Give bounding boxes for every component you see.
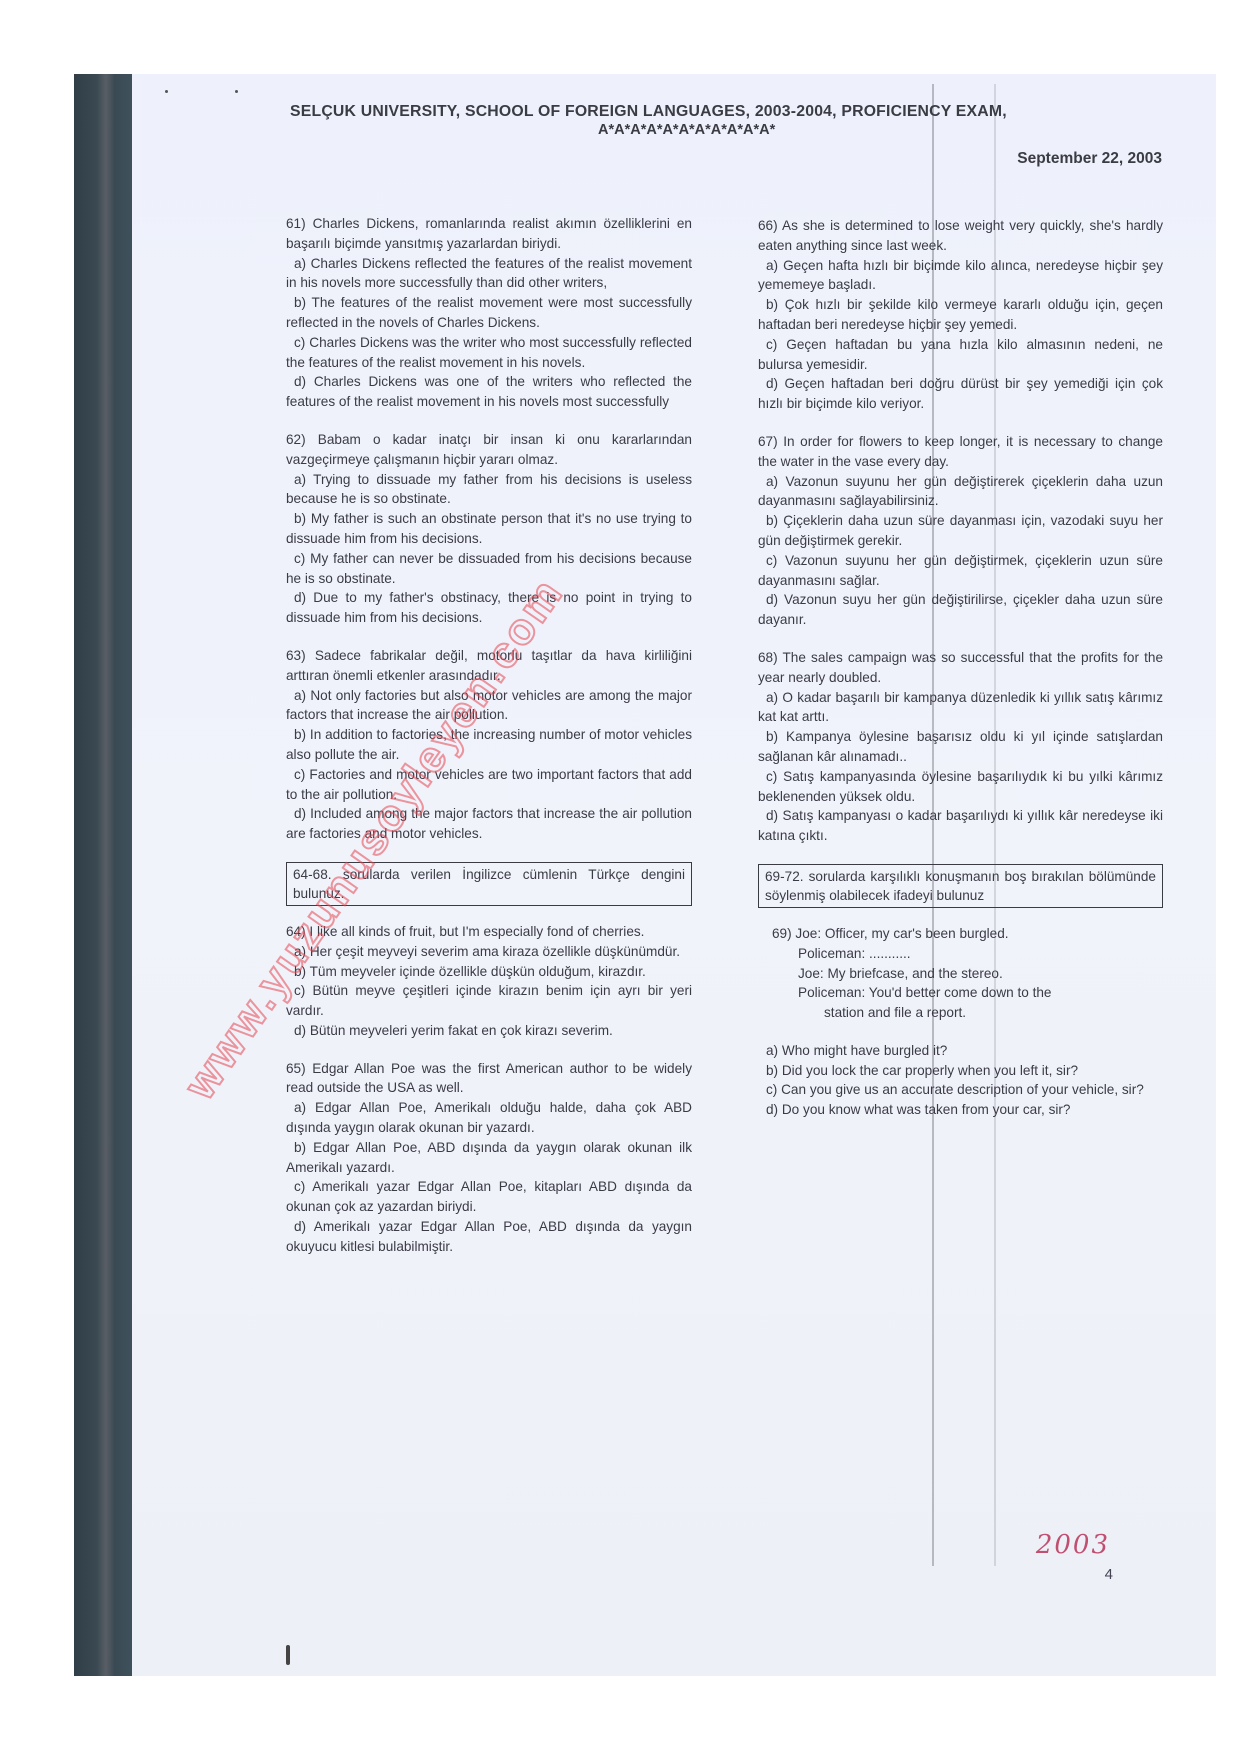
option-b: b) In addition to factories, the increas… (286, 725, 692, 765)
dialog-line: Policeman: You'd better come down to the (772, 983, 1163, 1003)
dialog-line: Policeman: ........... (772, 944, 1163, 964)
option-c: c) Vazonun suyunu her gün değiştirmek, ç… (758, 551, 1163, 591)
question-stem: 61) Charles Dickens, romanlarında realis… (286, 214, 692, 254)
option-c: c) Charles Dickens was the writer who mo… (286, 333, 692, 373)
question-69: 69) Joe: Officer, my car's been burgled.… (758, 924, 1163, 1120)
option-c: c) Bütün meyve çeşitleri içinde kirazın … (286, 981, 692, 1021)
option-c: c) Geçen haftadan bu yana hızla kilo alm… (758, 335, 1163, 375)
exam-date: September 22, 2003 (1017, 150, 1162, 168)
option-a: a) Edgar Allan Poe, Amerikalı olduğu hal… (286, 1098, 692, 1138)
option-c: c) Amerikalı yazar Edgar Allan Poe, kita… (286, 1177, 692, 1217)
option-a: a) Charles Dickens reflected the feature… (286, 254, 692, 294)
option-d: d) Do you know what was taken from your … (758, 1100, 1163, 1120)
option-b: b) Edgar Allan Poe, ABD dışında da yaygı… (286, 1138, 692, 1178)
question-65: 65) Edgar Allan Poe was the first Americ… (286, 1059, 692, 1257)
option-d: d) Bütün meyveleri yerim fakat en çok ki… (286, 1021, 692, 1041)
option-b: b) Tüm meyveler içinde özellikle düşkün … (286, 962, 692, 982)
option-a: a) Not only factories but also motor veh… (286, 686, 692, 726)
question-stem: 68) The sales campaign was so successful… (758, 648, 1163, 688)
scan-mark (286, 1645, 290, 1665)
question-68: 68) The sales campaign was so successful… (758, 648, 1163, 846)
question-stem: 65) Edgar Allan Poe was the first Americ… (286, 1059, 692, 1099)
question-stem: 63) Sadece fabrikalar değil, motorlu taş… (286, 646, 692, 686)
question-62: 62) Babam o kadar inatçı bir insan ki on… (286, 430, 692, 628)
option-d: d) Included among the major factors that… (286, 804, 692, 844)
option-c: c) Can you give us an accurate descripti… (758, 1080, 1163, 1100)
option-d: d) Charles Dickens was one of the writer… (286, 372, 692, 412)
scanner-edge-shadow (74, 74, 132, 1676)
option-b: b) Çok hızlı bir şekilde kilo vermeye ka… (758, 295, 1163, 335)
right-column: 66) As she is determined to lose weight … (758, 216, 1163, 1138)
handwritten-note: 2003 (1036, 1530, 1110, 1560)
option-a: a) Her çeşit meyveyi severim ama kiraza … (286, 942, 692, 962)
option-a: a) Who might have burgled it? (758, 1041, 1163, 1061)
question-61: 61) Charles Dickens, romanlarında realis… (286, 214, 692, 412)
option-d: d) Vazonun suyu her gün değiştirilirse, … (758, 590, 1163, 630)
option-a: a) Vazonun suyunu her gün değiştirerek ç… (758, 472, 1163, 512)
option-d: d) Due to my father's obstinacy, there i… (286, 588, 692, 628)
question-64: 64) I like all kinds of fruit, but I'm e… (286, 922, 692, 1041)
option-b: b) Did you lock the car properly when yo… (758, 1061, 1163, 1081)
option-d: d) Satış kampanyası o kadar başarılıydı … (758, 806, 1163, 846)
option-b: b) The features of the realist movement … (286, 293, 692, 333)
scan-speck (235, 90, 238, 93)
option-d: d) Amerikalı yazar Edgar Allan Poe, ABD … (286, 1217, 692, 1257)
page-number: 4 (1105, 1566, 1113, 1583)
option-b: b) Kampanya öylesine başarısız oldu ki y… (758, 727, 1163, 767)
option-b: b) Çiçeklerin daha uzun süre dayanması i… (758, 511, 1163, 551)
question-stem: 62) Babam o kadar inatçı bir insan ki on… (286, 430, 692, 470)
dialog-line: station and file a report. (772, 1003, 1163, 1023)
question-63: 63) Sadece fabrikalar değil, motorlu taş… (286, 646, 692, 844)
question-stem: 64) I like all kinds of fruit, but I'm e… (286, 922, 692, 942)
option-c: c) Factories and motor vehicles are two … (286, 765, 692, 805)
dialog-line: 69) Joe: Officer, my car's been burgled. (772, 924, 1163, 944)
exam-title: SELÇUK UNIVERSITY, SCHOOL OF FOREIGN LAN… (290, 103, 1007, 121)
option-a: a) Geçen hafta hızlı bir biçimde kilo al… (758, 256, 1163, 296)
question-stem: 67) In order for flowers to keep longer,… (758, 432, 1163, 472)
booklet-code: A*A*A*A*A*A*A*A*A*A*A* (598, 122, 775, 138)
option-d: d) Geçen haftadan beri doğru dürüst bir … (758, 374, 1163, 414)
option-a: a) Trying to dissuade my father from his… (286, 470, 692, 510)
option-c: c) Satış kampanyasında öylesine başarılı… (758, 767, 1163, 807)
instruction-box-64-68: 64-68. sorularda verilen İngilizce cümle… (286, 862, 692, 906)
left-column: 61) Charles Dickens, romanlarında realis… (286, 214, 692, 1275)
option-a: a) O kadar başarılı bir kampanya düzenle… (758, 688, 1163, 728)
question-67: 67) In order for flowers to keep longer,… (758, 432, 1163, 630)
instruction-box-69-72: 69-72. sorularda karşılıklı konuşmanın b… (758, 864, 1163, 908)
question-66: 66) As she is determined to lose weight … (758, 216, 1163, 414)
dialog-line: Joe: My briefcase, and the stereo. (772, 964, 1163, 984)
dialog: 69) Joe: Officer, my car's been burgled.… (758, 924, 1163, 1023)
option-b: b) My father is such an obstinate person… (286, 509, 692, 549)
scan-speck (165, 90, 168, 93)
question-stem: 66) As she is determined to lose weight … (758, 216, 1163, 256)
option-c: c) My father can never be dissuaded from… (286, 549, 692, 589)
